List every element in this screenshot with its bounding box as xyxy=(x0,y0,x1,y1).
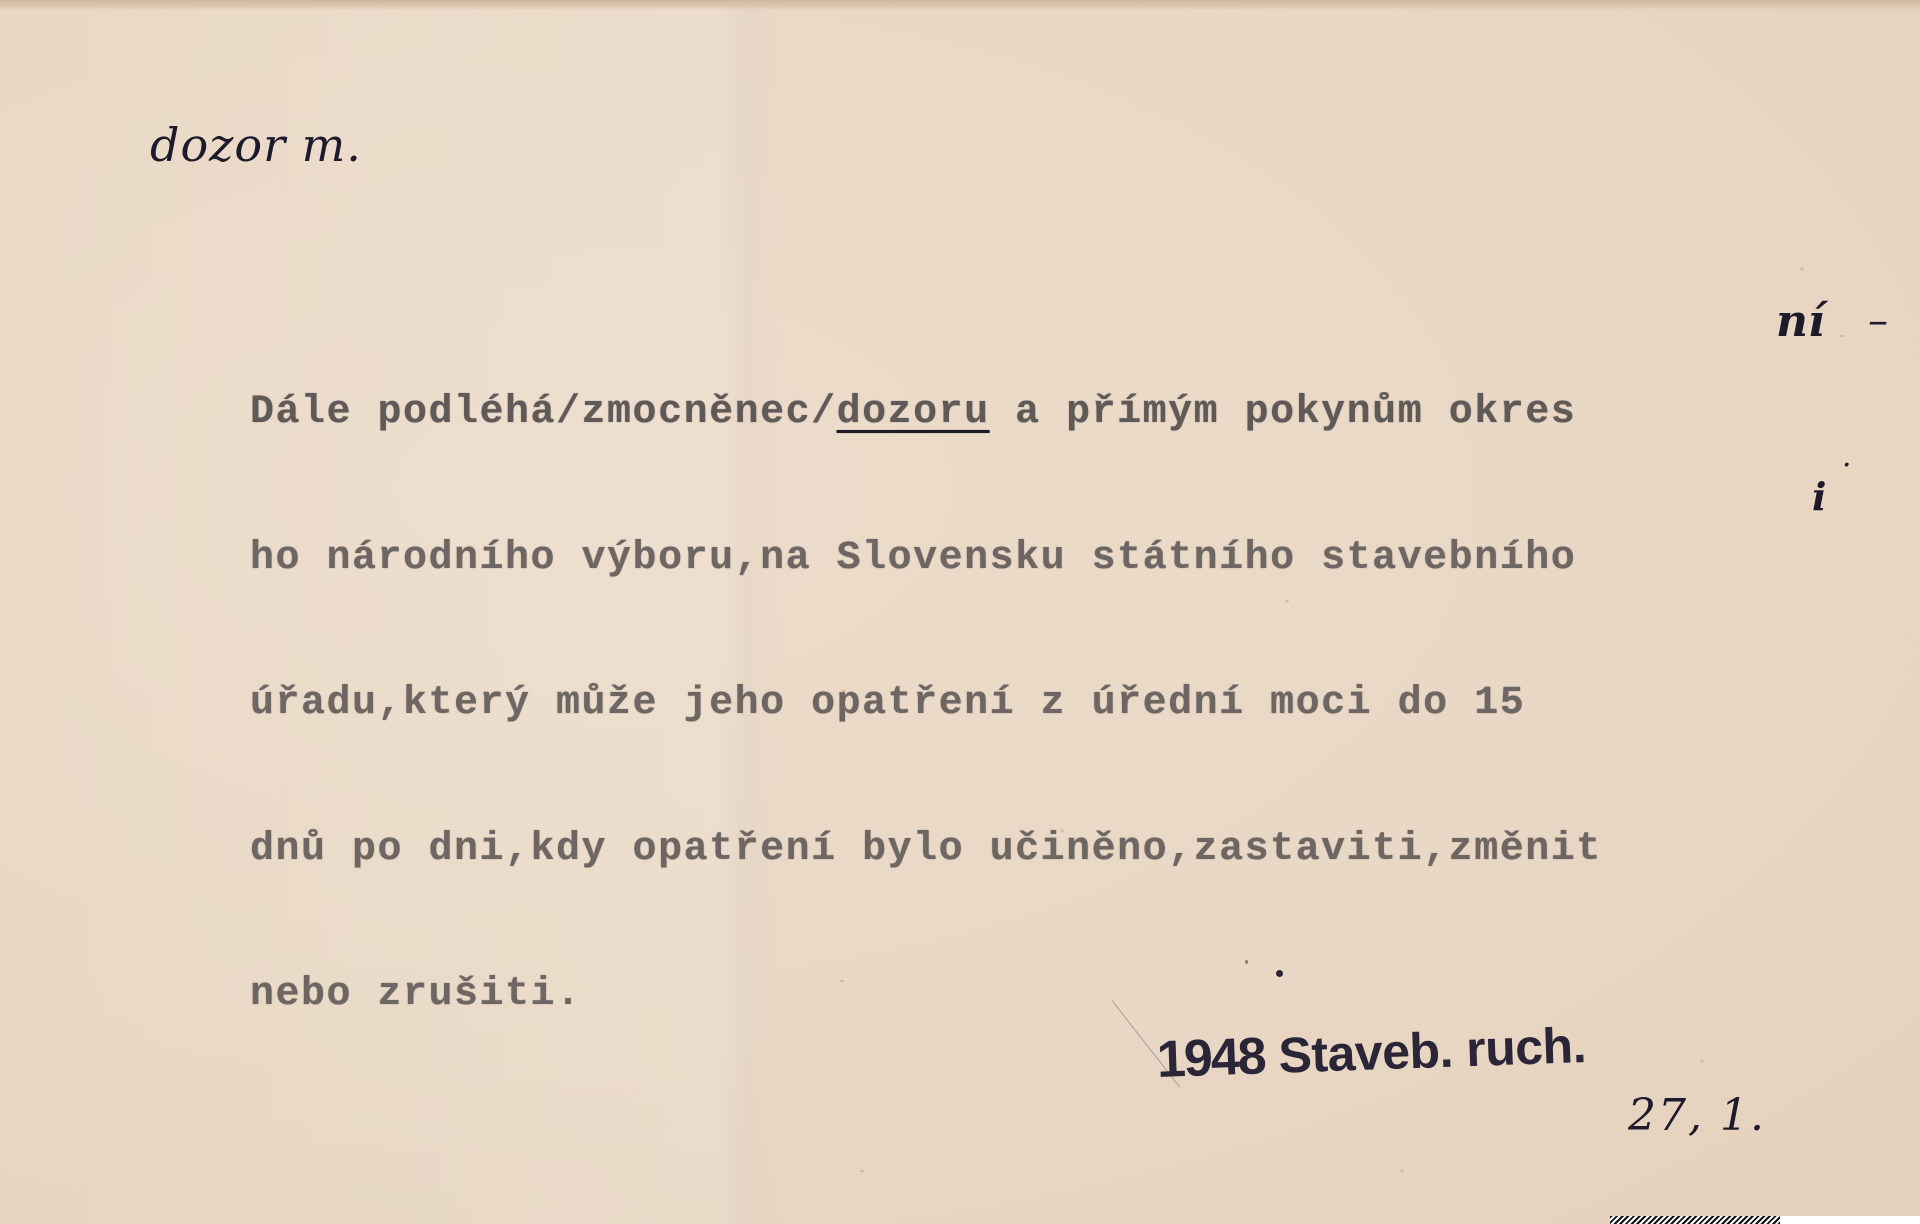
scan-edge-white xyxy=(1780,1216,1920,1224)
handwritten-date: 27, 1. xyxy=(1628,1090,1766,1141)
typed-line-1-start: Dále podléhá/zmocněnec/ xyxy=(250,390,837,435)
handwritten-heading: dozor m. xyxy=(150,118,362,172)
typed-line-3: úřadu,který může jeho opatření z úřední … xyxy=(250,680,1602,729)
scan-edge-strip xyxy=(1610,1216,1920,1224)
card-top-edge xyxy=(0,0,1920,10)
handwritten-hyphen: – xyxy=(1868,298,1888,344)
handwritten-correction-ni: ní xyxy=(1776,296,1825,347)
stamp-text: Staveb. ruch. xyxy=(1278,1017,1587,1084)
typed-text-block: Dále podléhá/zmocněnec/dozoru a přímým p… xyxy=(250,292,1602,1068)
handwritten-dot: · xyxy=(1842,448,1852,483)
ink-speck xyxy=(1245,960,1248,964)
ink-speck xyxy=(1276,970,1283,977)
stamp-year: 1948 xyxy=(1156,1027,1266,1089)
typed-line-4: dnů po dni,kdy opatření bylo učiněno,zas… xyxy=(250,826,1602,875)
underlined-word: dozoru xyxy=(837,390,990,435)
typed-line-1: Dále podléhá/zmocněnec/dozoru a přímým p… xyxy=(250,389,1602,438)
paper-fleck xyxy=(1840,335,1844,337)
typed-line-5: nebo zrušiti. xyxy=(250,971,1602,1020)
typed-line-1-end: a přímým pokynům okres xyxy=(990,390,1577,435)
typed-line-2: ho národního výboru,na Slovensku státníh… xyxy=(250,535,1602,584)
handwritten-correction-i: i xyxy=(1812,474,1826,519)
